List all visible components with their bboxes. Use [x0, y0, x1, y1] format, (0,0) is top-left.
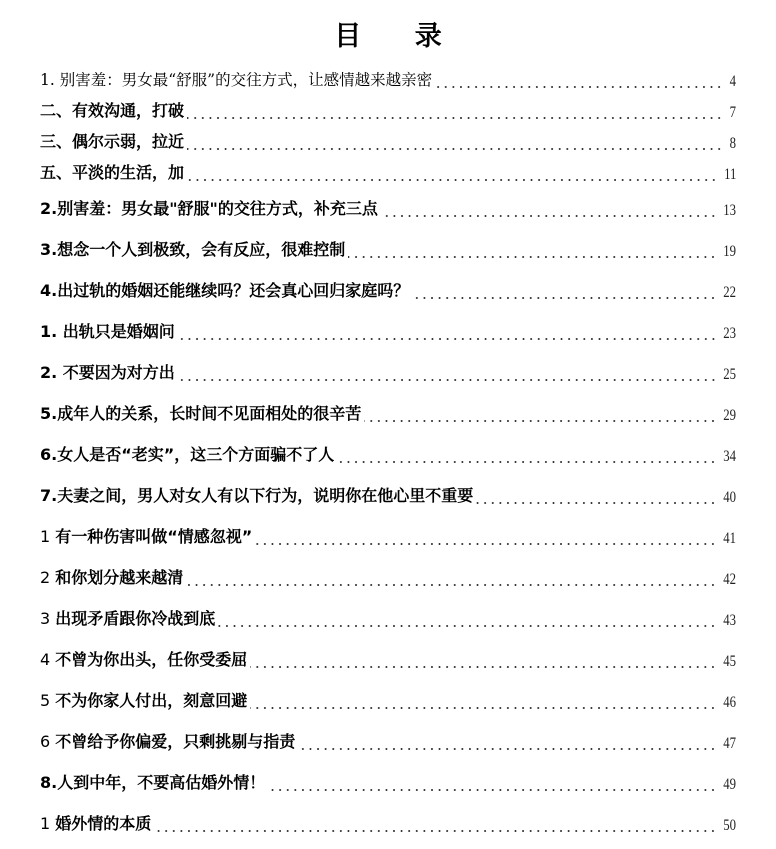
- entry-label: 出现矛盾跟你冷战到底: [55, 609, 215, 628]
- toc-entry[interactable]: 6.女人是否“老实”，这三个方面骗不了人34: [40, 443, 736, 467]
- dot-leader: [187, 148, 723, 150]
- page-number: 43: [723, 611, 736, 631]
- entry-label: 7.夫妻之间，男人对女人有以下行为，说明你在他心里不重要: [40, 486, 473, 505]
- dot-leader: [348, 256, 717, 258]
- dot-leader: [218, 625, 717, 627]
- page-number: 49: [723, 775, 736, 795]
- entry-label: 婚外情的本质: [55, 814, 151, 833]
- page-number: 13: [723, 201, 736, 221]
- entry-label: 8.人到中年，不要高估婚外情！: [40, 773, 265, 792]
- toc-entry[interactable]: 5 不为你家人付出，刻意回避46: [40, 689, 736, 713]
- page-number: 47: [723, 734, 736, 754]
- page-number: 4: [728, 72, 736, 92]
- page-number: 50: [723, 816, 736, 836]
- entry-label: 2.别害羞：男女最"舒服"的交往方式，补充三点: [40, 199, 378, 218]
- entry-label: 五、平淡的生活，加: [40, 163, 184, 182]
- page-number: 46: [723, 693, 736, 713]
- dot-leader: [298, 748, 717, 750]
- entry-prefix: 1: [40, 527, 55, 546]
- toc-entry[interactable]: 1 婚外情的本质50: [40, 812, 736, 836]
- entry-prefix: 3: [40, 609, 55, 628]
- entry-label: 1. 出轨只是婚姻问: [40, 322, 175, 341]
- entry-label: 不曾为你出头，任你受委屈: [55, 650, 247, 669]
- page-number: 45: [723, 652, 736, 672]
- entry-label: 二、有效沟通，打破: [40, 101, 184, 120]
- toc-entry[interactable]: 五、平淡的生活，加11: [40, 161, 736, 185]
- entry-prefix: 1: [40, 814, 55, 833]
- entry-label: 和你划分越来越清: [55, 568, 183, 587]
- dot-leader: [337, 461, 717, 463]
- page-number: 19: [723, 242, 736, 262]
- entry-prefix: 6: [40, 732, 55, 751]
- page-number: 41: [723, 529, 736, 549]
- entry-prefix: 5: [40, 691, 55, 710]
- entry-prefix: 4: [40, 650, 55, 669]
- dot-leader: [250, 707, 717, 709]
- toc-title: 目 录: [0, 14, 776, 53]
- toc-entry[interactable]: 二、有效沟通，打破7: [40, 99, 736, 123]
- toc-entry[interactable]: 4 不曾为你出头，任你受委屈45: [40, 648, 736, 672]
- entry-label: 6.女人是否“老实”，这三个方面骗不了人: [40, 445, 334, 464]
- toc-entry[interactable]: 7.夫妻之间，男人对女人有以下行为，说明你在他心里不重要40: [40, 484, 736, 508]
- entry-prefix: 2: [40, 568, 55, 587]
- page-number: 23: [723, 324, 736, 344]
- toc-entry[interactable]: 3.想念一个人到极致，会有反应，很难控制19: [40, 238, 736, 262]
- dot-leader: [178, 379, 717, 381]
- dot-leader: [268, 789, 717, 791]
- toc-entry[interactable]: 5.成年人的关系，长时间不见面相处的很辛苦29: [40, 402, 736, 426]
- toc-entry[interactable]: 2 和你划分越来越清42: [40, 566, 736, 590]
- page-number: 42: [723, 570, 736, 590]
- dot-leader: [250, 666, 717, 668]
- toc-entry[interactable]: 3 出现矛盾跟你冷战到底43: [40, 607, 736, 631]
- entry-label: 不为你家人付出，刻意回避: [55, 691, 247, 710]
- toc-entry[interactable]: 4.出过轨的婚姻还能继续吗？还会真心回归家庭吗？22: [40, 279, 736, 303]
- entry-label: 2. 不要因为对方出: [40, 363, 175, 382]
- entry-label: 三、偶尔示弱，拉近: [40, 132, 184, 151]
- page-number: 11: [724, 165, 736, 185]
- page-number: 29: [723, 406, 736, 426]
- dot-leader: [154, 830, 717, 832]
- page-number: 8: [728, 134, 736, 154]
- toc-entry[interactable]: 2. 不要因为对方出25: [40, 361, 736, 385]
- entry-label: 有一种伤害叫做“情感忽视”: [55, 527, 252, 546]
- entry-label: 1. 别害羞：男女最“舒服”的交往方式，让感情越来越亲密: [40, 71, 432, 89]
- page-number: 34: [723, 447, 736, 467]
- dot-leader: [435, 86, 723, 88]
- dot-leader: [476, 502, 717, 504]
- page-number: 22: [723, 283, 736, 303]
- toc-entry[interactable]: 8.人到中年，不要高估婚外情！49: [40, 771, 736, 795]
- entry-label: 4.出过轨的婚姻还能继续吗？还会真心回归家庭吗？: [40, 281, 409, 300]
- dot-leader: [187, 117, 723, 119]
- toc-entry[interactable]: 1. 别害羞：男女最“舒服”的交往方式，让感情越来越亲密4: [40, 68, 736, 92]
- toc-entry[interactable]: 1 有一种伤害叫做“情感忽视”41: [40, 525, 736, 549]
- dot-leader: [186, 584, 717, 586]
- toc-entry[interactable]: 2.别害羞：男女最"舒服"的交往方式，补充三点13: [40, 197, 736, 221]
- entry-label: 3.想念一个人到极致，会有反应，很难控制: [40, 240, 345, 259]
- entry-label: 5.成年人的关系，长时间不见面相处的很辛苦: [40, 404, 361, 423]
- dot-leader: [187, 179, 718, 181]
- toc-entry[interactable]: 1. 出轨只是婚姻问23: [40, 320, 736, 344]
- dot-leader: [255, 543, 717, 545]
- dot-leader: [412, 297, 717, 299]
- dot-leader: [381, 215, 717, 217]
- page-number: 7: [728, 103, 736, 123]
- dot-leader: [364, 420, 717, 422]
- page-number: 40: [723, 488, 736, 508]
- toc-entry[interactable]: 三、偶尔示弱，拉近8: [40, 130, 736, 154]
- entry-label: 不曾给予你偏爱，只剩挑剔与指责: [55, 732, 295, 751]
- toc-entry[interactable]: 6 不曾给予你偏爱，只剩挑剔与指责47: [40, 730, 736, 754]
- dot-leader: [178, 338, 717, 340]
- page-number: 25: [723, 365, 736, 385]
